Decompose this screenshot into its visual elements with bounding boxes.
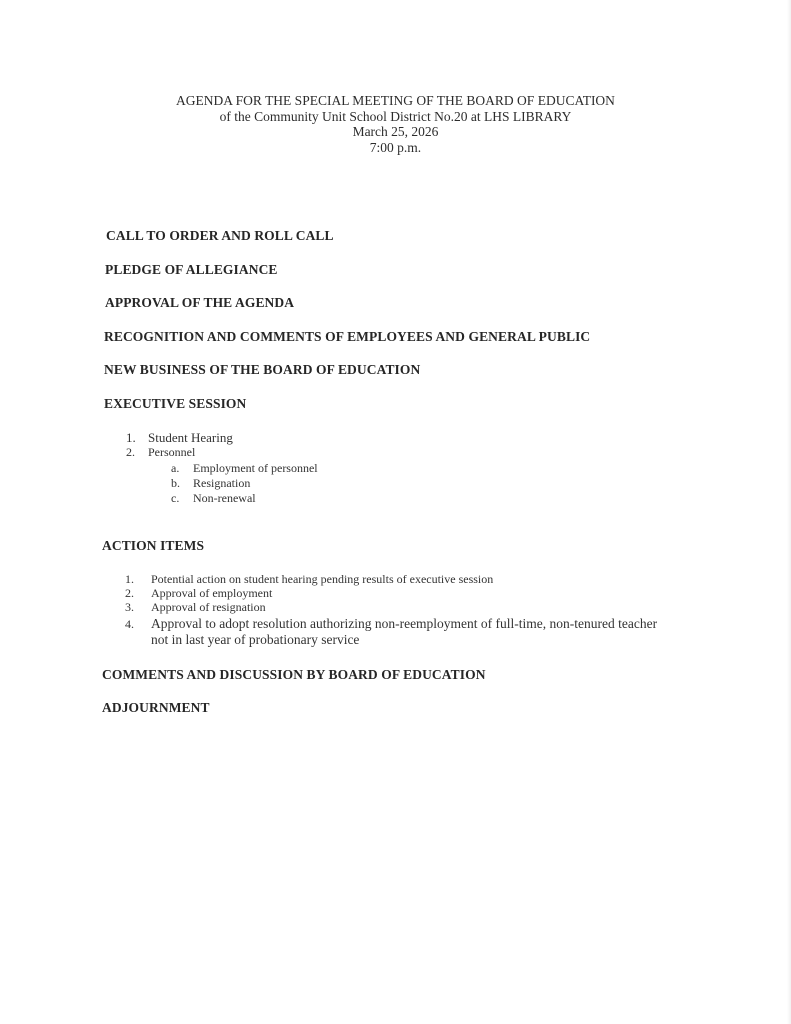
section-pledge: PLEDGE OF ALLEGIANCE (105, 262, 278, 278)
item-text: Approval of employment (151, 586, 272, 600)
subitem-text: Resignation (193, 476, 250, 490)
item-text: Student Hearing (148, 430, 233, 445)
action-item-continuation: not in last year of probationary service (151, 632, 359, 648)
agenda-header: AGENDA FOR THE SPECIAL MEETING OF THE BO… (0, 93, 791, 155)
subitem-text: Employment of personnel (193, 461, 318, 475)
item-number: 2. (125, 586, 151, 601)
item-text: Potential action on student hearing pend… (151, 572, 493, 586)
action-item: 4.Approval to adopt resolution authorizi… (125, 616, 657, 632)
executive-subitem: c.Non-renewal (171, 491, 256, 506)
agenda-title: AGENDA FOR THE SPECIAL MEETING OF THE BO… (0, 93, 791, 109)
agenda-date: March 25, 2026 (0, 124, 791, 140)
section-recognition: RECOGNITION AND COMMENTS OF EMPLOYEES AN… (104, 329, 590, 345)
section-executive-session: EXECUTIVE SESSION (104, 396, 246, 412)
item-number: 1. (126, 430, 148, 446)
item-text: Personnel (148, 445, 195, 459)
agenda-district-location: of the Community Unit School District No… (0, 109, 791, 125)
executive-subitem: b.Resignation (171, 476, 250, 491)
item-number: 1. (125, 572, 151, 587)
executive-item: 2.Personnel (126, 445, 195, 460)
subitem-text: Non-renewal (193, 491, 256, 505)
section-comments-discussion: COMMENTS AND DISCUSSION BY BOARD OF EDUC… (102, 667, 486, 683)
item-text: Approval of resignation (151, 600, 266, 614)
section-new-business: NEW BUSINESS OF THE BOARD OF EDUCATION (104, 362, 420, 378)
subitem-letter: b. (171, 476, 193, 491)
section-adjournment: ADJOURNMENT (102, 700, 210, 716)
subitem-letter: c. (171, 491, 193, 506)
item-text: Approval to adopt resolution authorizing… (151, 616, 657, 631)
executive-item: 1.Student Hearing (126, 430, 233, 446)
section-call-to-order: CALL TO ORDER AND ROLL CALL (106, 228, 334, 244)
section-action-items: ACTION ITEMS (102, 538, 204, 554)
action-item: 2.Approval of employment (125, 586, 272, 601)
item-number: 2. (126, 445, 148, 460)
section-approval-agenda: APPROVAL OF THE AGENDA (105, 295, 294, 311)
item-number: 4. (125, 617, 151, 632)
action-item: 1.Potential action on student hearing pe… (125, 572, 493, 587)
executive-subitem: a.Employment of personnel (171, 461, 318, 476)
item-number: 3. (125, 600, 151, 615)
subitem-letter: a. (171, 461, 193, 476)
action-item: 3.Approval of resignation (125, 600, 266, 615)
agenda-time: 7:00 p.m. (0, 140, 791, 156)
